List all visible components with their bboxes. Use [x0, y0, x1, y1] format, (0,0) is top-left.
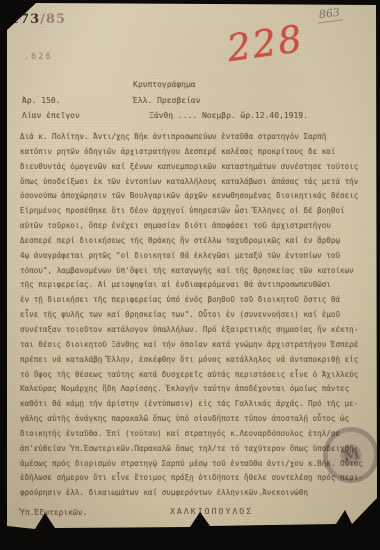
- body-line: γάλης αὐτῆς ἀνάγκης παρακαλῶ ὅπως ὑπό οἱ…: [20, 412, 372, 427]
- body-line: Καλεύρας Νομάρχης ἤδη Λαρίσσης. Ἐκλογήν …: [20, 382, 372, 397]
- body-line: τό ὕψος τῆς θέσεως ταύτης κατά δυσχερεῖς…: [20, 368, 372, 383]
- body-line: καθότι θά κάμῃ τήν ἀρίστην (ἐντύπωσιν) ε…: [20, 397, 372, 412]
- body-line: Δεσπερέ περί διοικήσεως τῆς Θράκης ἥν στ…: [20, 234, 372, 249]
- telegram-body: Διά κ. Πολίτην. Ἀντι/χης Βήκ ἀντιπροσωπε…: [20, 130, 372, 501]
- doc-type-label: Κρυπτογράφημα: [133, 80, 196, 89]
- body-line: ἀπ'εὐθείαν Ὑπ.Ἐσωτερικῶν.Παρακαλῶ ὅπως τ…: [20, 442, 372, 457]
- body-line: ἀμέσως πρός διορισμόν στρατηγῷ Σαρπύ μέσ…: [20, 457, 372, 472]
- archive-number-suffix: /85: [40, 12, 66, 27]
- body-line: Εἰρημένος προσέθηκε ὅτι δέον ἀρχηγοί ὑπη…: [20, 204, 372, 219]
- red-crayon-number: 228: [224, 17, 306, 70]
- signature: ΧΑΛΚΙΟΠΟΥΛΟΣ: [170, 506, 253, 516]
- ref-number: Ἀρ. 150.: [22, 96, 61, 105]
- telegram-footer: Ὑπ.Ἐξωτερικῶν. ΧΑΛΚΙΟΠΟΥΛΟΣ: [20, 508, 360, 517]
- urgency-label: Λίαν ἐπεῖγον: [22, 111, 80, 120]
- body-line: κατόπιν ρητῶν ὁδηγιῶν ἀρχιστρατήγου Δεσπ…: [20, 145, 372, 160]
- sender-office: Ὑπ.Ἐξωτερικῶν.: [20, 508, 87, 517]
- paper-sheet: 173/85 863 228 .626 Κρυπτογράφημα Ἀρ. 15…: [0, 0, 380, 550]
- body-line: 4ῳ ἀναγράφεται ρητῶς "οἱ διοικηταί θά ἐκ…: [20, 249, 372, 264]
- body-line: ται θέσις διοικητοῦ Ξάνθης καί τήν ὁποία…: [20, 338, 372, 353]
- scanned-telegram-page: 173/85 863 228 .626 Κρυπτογράφημα Ἀρ. 15…: [0, 0, 380, 550]
- pencil-number-annotation: 863: [316, 6, 343, 24]
- body-line: διοικητής ἐνταῦθα. Ἐπί (τούτου) καί στρα…: [20, 427, 372, 442]
- body-line: Διά κ. Πολίτην. Ἀντι/χης Βήκ ἀντιπροσωπε…: [20, 130, 372, 145]
- body-line: ὁσονούπω ἀποχώρησιν τῶν Βουλγαρικῶν ἀρχῶ…: [20, 189, 372, 204]
- body-line: τῆς περιφερείας. Αἱ μειοψηφίαι αἱ ἐνδιαφ…: [20, 278, 372, 293]
- body-line: αὐτῶν τοῦρκοι, ὅπερ ἐνέχει σημασίαν διότ…: [20, 219, 372, 234]
- archive-number-main: 173: [10, 12, 40, 27]
- archive-number-stamp: 173/85: [10, 12, 66, 27]
- recipient-line: Ἑλλ. Πρεσβείαν: [133, 96, 200, 105]
- body-line: ἐν τῇ διοικήσει τῆς περιφερείας ὑπό ἑνός…: [20, 293, 372, 308]
- body-line: πρέπει νά καταλάβῃ Ἕλλην, ἐσκέφθην ὅτι μ…: [20, 353, 372, 368]
- body-line: ἐδήλωσε σήμερον ὅτι εἶνε ἕτοιμος πράξῃ ὁ…: [20, 471, 372, 486]
- body-line: συνέταξαν τοιοῦτον κατάλογον ὑπαλλήλων. …: [20, 323, 372, 338]
- body-line: εἶνε τῆς φυλῆς των καί θρησκείας των". Ο…: [20, 308, 372, 323]
- body-line: φρούρησιν ἑλλ. δικαιωμάτων καί συμφερόντ…: [20, 486, 372, 501]
- body-line: διευθυντάς ὁμογενῶν καί ξένων καπνεμπορι…: [20, 160, 372, 175]
- body-line: τόπου", λαμβανομένων ὑπ'ὄψει τῆς καταγωγ…: [20, 264, 372, 279]
- body-line: ὅπως ὑποδείξωσι ἐκ τῶν ἐντοπίων καταλλήλ…: [20, 175, 372, 190]
- dateline: Ξάνθη .... Νοεμβρ. ὥρ.12.40,1919.: [149, 111, 308, 120]
- protocol-number: .626: [24, 52, 52, 62]
